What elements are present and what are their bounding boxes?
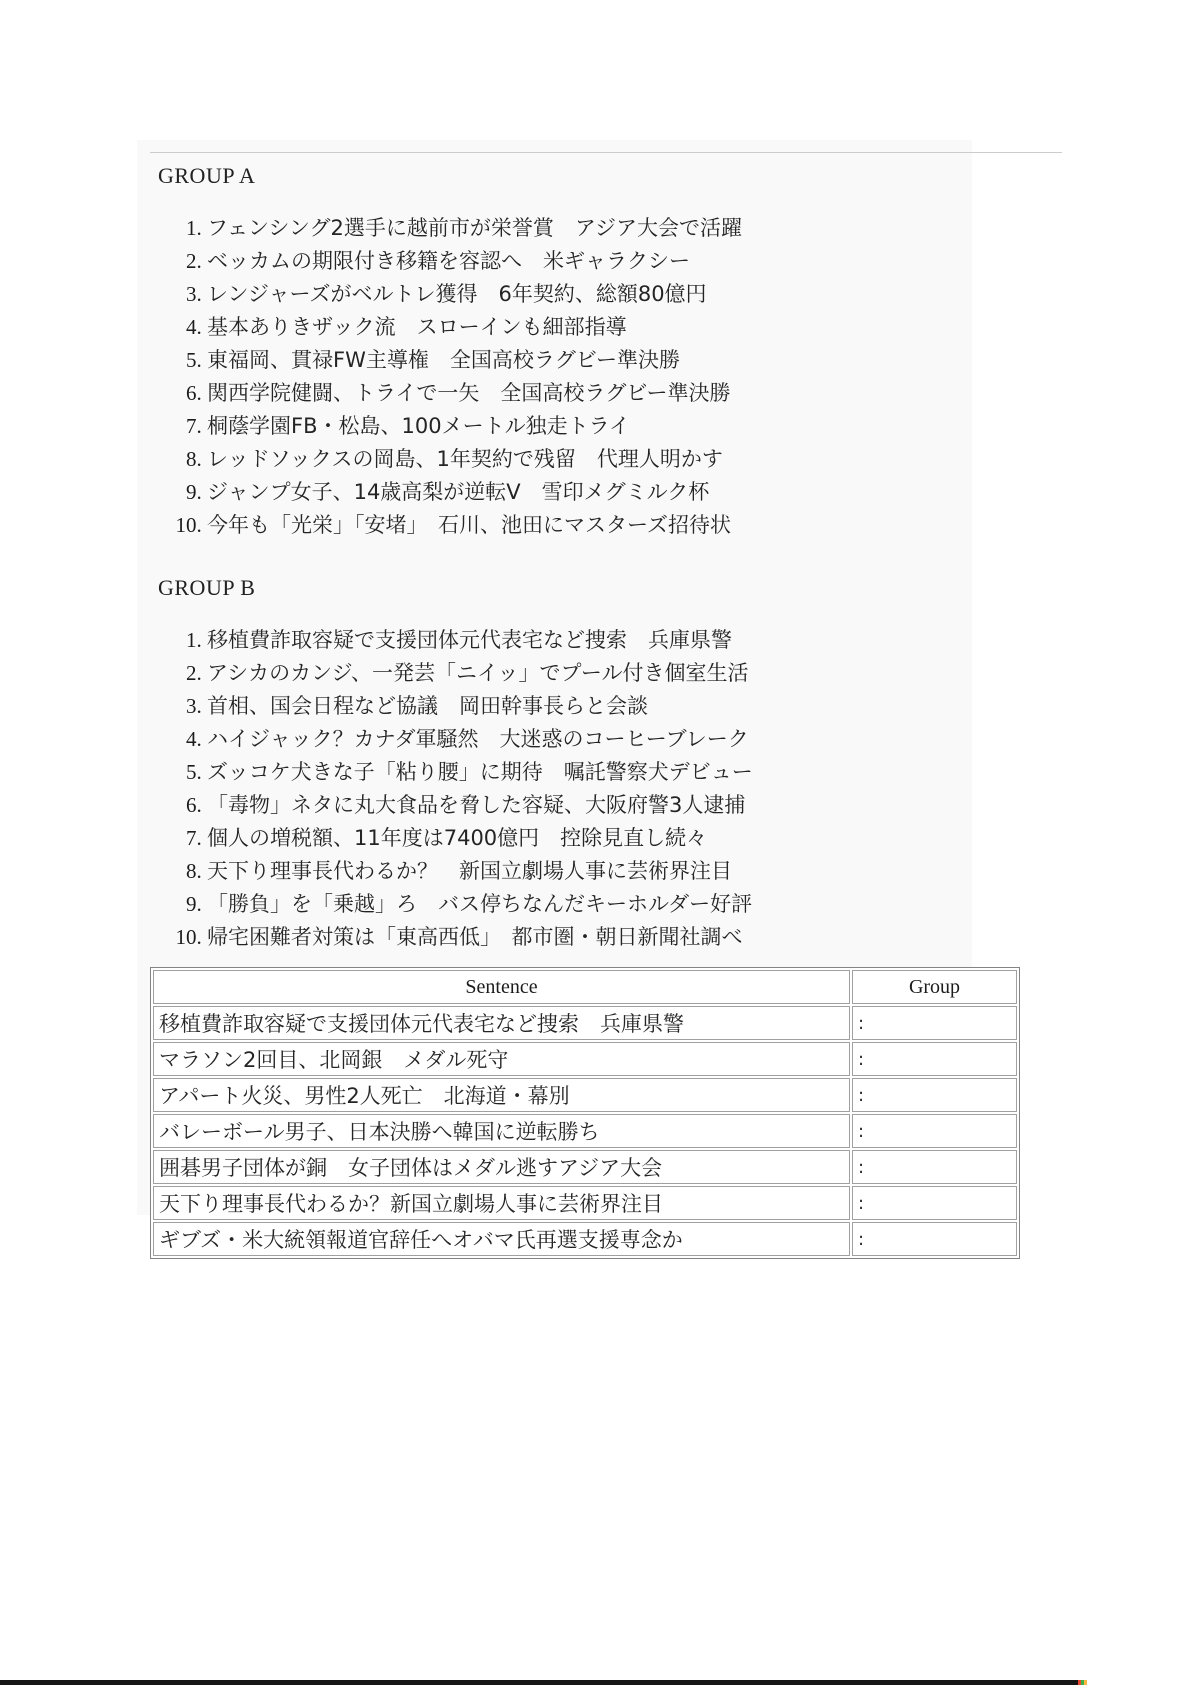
headline-text: 個人の増税額、11年度は7400億円 控除見直し続々 [207, 826, 707, 850]
headline-text: 基本ありきザック流 スローインも細部指導 [207, 315, 627, 339]
group-a-item: レンジャーズがベルトレ獲得 6年契約、総額80億円 [207, 278, 1062, 311]
group-a-item: 基本ありきザック流 スローインも細部指導 [207, 311, 1062, 344]
group-b-item: 「毒物」ネタに丸大食品を脅した容疑、大阪府警3人逮捕 [207, 789, 1062, 822]
group-answer-cell[interactable]: : [852, 1150, 1017, 1184]
top-divider [150, 152, 1062, 153]
headline-text: 関西学院健闘、トライで一矢 全国高校ラグビー準決勝 [207, 381, 731, 405]
sentence-cell: アパート火災、男性2人死亡 北海道・幕別 [153, 1078, 850, 1112]
group-b-item: 「勝負」を「乗越」ろ バス停ちなんだキーホルダー好評 [207, 888, 1062, 921]
group-b-item: 首相、国会日程など協議 岡田幹事長らと会談 [207, 690, 1062, 723]
table-row: 天下り理事長代わるか？新国立劇場人事に芸術界注目 : [153, 1186, 1017, 1220]
headline-text: 桐蔭学園FB・松島、100メートル独走トライ [207, 414, 630, 438]
group-answer-cell[interactable]: : [852, 1222, 1017, 1256]
group-b-title: GROUP B [158, 575, 1062, 601]
headline-text: アシカのカンジ、一発芸「ニイッ」でプール付き個室生活 [207, 661, 748, 685]
headline-text: 移植費詐取容疑で支援団体元代表宅など捜索 兵庫県警 [207, 628, 732, 652]
table-row: 囲碁男子団体が銅 女子団体はメダル逃すアジア大会 : [153, 1150, 1017, 1184]
group-a-item: ベッカムの期限付き移籍を容認へ 米ギャラクシー [207, 245, 1062, 278]
headline-text: 「勝負」を「乗越」ろ バス停ちなんだキーホルダー好評 [207, 892, 752, 916]
headline-text: 帰宅困難者対策は「東高西低」 都市圏・朝日新聞社調べ [207, 925, 743, 949]
group-a-item: 東福岡、貫禄FW主導権 全国高校ラグビー準決勝 [207, 344, 1062, 377]
screen-bottom-edge [0, 1680, 1078, 1685]
group-column-header: Group [852, 970, 1017, 1004]
group-b-item: ハイジャック？カナダ軍騒然 大迷惑のコーヒーブレーク [207, 723, 1062, 756]
headline-text: ハイジャック？カナダ軍騒然 大迷惑のコーヒーブレーク [207, 727, 749, 751]
group-a-title: GROUP A [158, 163, 1062, 189]
group-b-item: 帰宅困難者対策は「東高西低」 都市圏・朝日新聞社調べ [207, 921, 1062, 954]
headline-text: 天下り理事長代わるか？ 新国立劇場人事に芸術界注目 [207, 859, 732, 883]
table-row: マラソン2回目、北岡銀 メダル死守 : [153, 1042, 1017, 1076]
group-answer-cell[interactable]: : [852, 1042, 1017, 1076]
headline-text: レンジャーズがベルトレ獲得 6年契約、総額80億円 [207, 282, 707, 306]
sentence-cell: バレーボール男子、日本決勝へ韓国に逆転勝ち [153, 1114, 850, 1148]
group-a-item: レッドソックスの岡島、1年契約で残留 代理人明かす [207, 443, 1062, 476]
sentence-cell: 天下り理事長代わるか？新国立劇場人事に芸術界注目 [153, 1186, 850, 1220]
headline-text: ベッカムの期限付き移籍を容認へ 米ギャラクシー [207, 249, 690, 273]
sentence-column-header: Sentence [153, 970, 850, 1004]
headline-text: ジャンプ女子、14歳高梨が逆転V 雪印メグミルク杯 [207, 480, 709, 504]
headline-text: 「毒物」ネタに丸大食品を脅した容疑、大阪府警3人逮捕 [207, 793, 745, 817]
group-b-list: 移植費詐取容疑で支援団体元代表宅など捜索 兵庫県警 アシカのカンジ、一発芸「ニイ… [150, 624, 1062, 954]
taskbar-icon-fragment [1078, 1680, 1087, 1685]
table-row: アパート火災、男性2人死亡 北海道・幕別 : [153, 1078, 1017, 1112]
table-row: 移植費詐取容疑で支援団体元代表宅など捜索 兵庫県警 : [153, 1006, 1017, 1040]
table-row: ギブズ・米大統領報道官辞任へオバマ氏再選支援専念か : [153, 1222, 1017, 1256]
group-b-item: 移植費詐取容疑で支援団体元代表宅など捜索 兵庫県警 [207, 624, 1062, 657]
group-answer-cell[interactable]: : [852, 1114, 1017, 1148]
group-b-item: ズッコケ犬きな子「粘り腰」に期待 嘱託警察犬デビュー [207, 756, 1062, 789]
headline-text: フェンシング2選手に越前市が栄誉賞 アジア大会で活躍 [207, 216, 742, 240]
sentence-cell: ギブズ・米大統領報道官辞任へオバマ氏再選支援専念か [153, 1222, 850, 1256]
group-answer-cell[interactable]: : [852, 1078, 1017, 1112]
group-answer-cell[interactable]: : [852, 1006, 1017, 1040]
headline-text: レッドソックスの岡島、1年契約で残留 代理人明かす [207, 447, 723, 471]
group-a-item: 桐蔭学園FB・松島、100メートル独走トライ [207, 410, 1062, 443]
sentence-cell: 移植費詐取容疑で支援団体元代表宅など捜索 兵庫県警 [153, 1006, 850, 1040]
group-b-item: 天下り理事長代わるか？ 新国立劇場人事に芸術界注目 [207, 855, 1062, 888]
headline-text: 首相、国会日程など協議 岡田幹事長らと会談 [207, 694, 648, 718]
group-b-item: アシカのカンジ、一発芸「ニイッ」でプール付き個室生活 [207, 657, 1062, 690]
headline-text: ズッコケ犬きな子「粘り腰」に期待 嘱託警察犬デビュー [207, 760, 753, 784]
group-a-item: 今年も「光栄」「安堵」 石川、池田にマスターズ招待状 [207, 509, 1062, 542]
headline-text: 今年も「光栄」「安堵」 石川、池田にマスターズ招待状 [207, 513, 731, 537]
group-b-item: 個人の増税額、11年度は7400億円 控除見直し続々 [207, 822, 1062, 855]
sentence-cell: マラソン2回目、北岡銀 メダル死守 [153, 1042, 850, 1076]
table-header-row: Sentence Group [153, 970, 1017, 1004]
group-answer-cell[interactable]: : [852, 1186, 1017, 1220]
group-a-item: ジャンプ女子、14歳高梨が逆転V 雪印メグミルク杯 [207, 476, 1062, 509]
group-a-item: 関西学院健闘、トライで一矢 全国高校ラグビー準決勝 [207, 377, 1062, 410]
document-page: GROUP A フェンシング2選手に越前市が栄誉賞 アジア大会で活躍 ベッカムの… [150, 152, 1062, 1259]
sentence-group-table: Sentence Group 移植費詐取容疑で支援団体元代表宅など捜索 兵庫県警… [150, 967, 1020, 1259]
group-a-item: フェンシング2選手に越前市が栄誉賞 アジア大会で活躍 [207, 212, 1062, 245]
sentence-cell: 囲碁男子団体が銅 女子団体はメダル逃すアジア大会 [153, 1150, 850, 1184]
table-row: バレーボール男子、日本決勝へ韓国に逆転勝ち : [153, 1114, 1017, 1148]
headline-text: 東福岡、貫禄FW主導権 全国高校ラグビー準決勝 [207, 348, 680, 372]
group-a-list: フェンシング2選手に越前市が栄誉賞 アジア大会で活躍 ベッカムの期限付き移籍を容… [150, 212, 1062, 542]
